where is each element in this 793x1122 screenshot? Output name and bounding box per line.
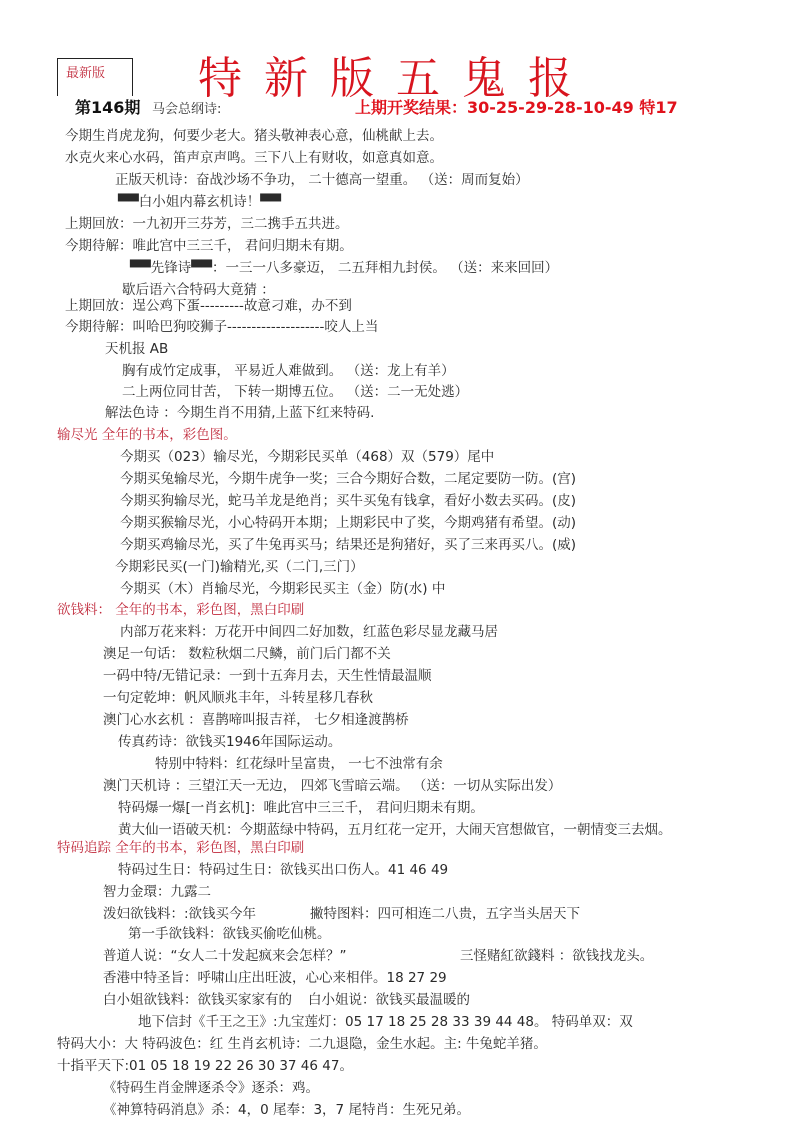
text-line: 今期彩民买(一门)输精光,买（二门,三门） — [115, 555, 364, 575]
text-line: 今期买兔输尽光，今期牛虎争一奖；三合今期好合数，二尾定要防一防。(宫) — [120, 467, 576, 487]
text-line: 胸有成竹定成事， 平易近人难做到。 （送：龙上有羊） — [122, 359, 455, 379]
text-line: 输尽光 全年的书本，彩色图。 — [57, 423, 237, 443]
text-line: 《特码生肖金牌逐杀令》逐杀：鸡。 — [103, 1076, 319, 1096]
text-line: 上期回放：逞公鸡下蛋---------故意刁难，办不到 — [65, 294, 352, 314]
text-line: 水克火来心水码，笛声京声鸣。三下八上有财收，如意真如意。 — [65, 146, 443, 166]
horse-poem-label: 马会总纲诗: — [152, 98, 221, 117]
text-line: 香港中特圣旨：呼啸山庄出旺波，心心来相伴。18 27 29 — [103, 966, 447, 986]
text-line: 澳足一句话： 数粒秋烟二尺鳞，前门后门都不关 — [103, 642, 391, 662]
text-line: 今期生肖虎龙狗，何要少老大。猪头敬神表心意，仙桃献上去。 — [65, 124, 443, 144]
text-line: 今期买鸡输尽光，买了牛兔再买马；结果还是狗猪好，买了三来再买八。(威) — [120, 533, 576, 553]
text-line: 黄大仙一语破天机：今期蓝绿中特码，五月红花一定开，大闹天宫想做官，一朝情变三去烟… — [118, 818, 672, 838]
text-line: 十指平天下:01 05 18 19 22 26 30 37 46 47。 — [57, 1054, 353, 1074]
text-line: 智力金環：九露二 — [103, 880, 211, 900]
text-line: 特码大小：大 特码波色：红 生肖玄机诗：二九退隐，金生水起。主: 牛兔蛇羊猪。 — [57, 1032, 547, 1052]
text-line: 白小姐欲钱料：欲钱买家家有的 — [103, 988, 292, 1008]
text-line: 泼妇欲钱料：:欲钱买今年 — [103, 902, 256, 922]
text-line: 正版天机诗：奋战沙场不争功， 二十德高一望重。 （送：周而复始） — [115, 168, 529, 188]
text-line: 今期买猴输尽光，小心特码开本期；上期彩民中了奖，今期鸡猪有希望。(动) — [120, 511, 576, 531]
text-line: 澳门心水玄机 ：喜鹊啼叫报吉祥， 七夕相逢渡鹊桥 — [103, 708, 409, 728]
text-line: 今期买狗输尽光，蛇马羊龙是绝肖；买牛买兔有钱拿，看好小数去买码。(皮) — [120, 489, 576, 509]
last-draw-result: 上期开奖结果：30-25-29-28-10-49 特17 — [355, 95, 678, 118]
text-line: ▀▀白小姐内幕玄机诗！▀▀ — [118, 190, 281, 210]
text-line: 第一手欲钱料：欲钱买偷吃仙桃。 — [128, 922, 331, 942]
text-line: 特码过生日：特码过生日：欲钱买出口伤人。41 46 49 — [118, 858, 448, 878]
text-line: ▀▀先锋诗▀▀：一三一八多豪迈， 二五拜相九封侯。 （送：来来回回） — [130, 256, 558, 276]
text-line: 普道人说：“女人二十发起疯来会怎样？” — [103, 944, 347, 964]
text-line: 今期待解：叫哈巴狗咬狮子--------------------咬人上当 — [65, 315, 378, 335]
text-line: 特别中特料：红花绿叶呈富贵， 一七不浊常有余 — [155, 752, 443, 772]
text-line: 特码追踪 全年的书本，彩色图，黑白印刷 — [57, 836, 304, 856]
text-line: 天机报 AB — [105, 337, 168, 357]
text-line: 一码中特/无错记录：一到十五奔月去，天生性情最温顺 — [103, 664, 432, 684]
text-line: 澳门天机诗 ：三望江天一无边， 四郊飞雪暗云端。 （送：一切从实际出发） — [103, 774, 561, 794]
text-line: 今期待解：唯此宫中三三千， 君问归期未有期。 — [65, 234, 353, 254]
text-line: 解法色诗 ：今期生肖不用猜,上蓝下红来特码. — [105, 401, 374, 421]
text-line: 上期回放：一九初开三芬芳，三二携手五共进。 — [65, 212, 349, 232]
text-line: 欲钱料： 全年的书本，彩色图，黑白印刷 — [57, 598, 304, 618]
text-line: 三怪赌紅欲錢料 ：欲钱找龙头。 — [460, 944, 653, 964]
edition-badge: 最新版 — [57, 58, 133, 96]
text-line: 传真药诗：欲钱买1946年国际运动。 — [118, 730, 341, 750]
text-line: 《神算特码消息》杀：4，0 尾奉：3，7 尾特肖：生死兄弟。 — [103, 1098, 470, 1118]
text-line: 地下信封《千王之王》:九宝莲灯：05 17 18 25 28 33 39 44 … — [138, 1010, 633, 1030]
text-line: 特码爆一爆[一肖玄机]：唯此宫中三三千， 君问归期未有期。 — [118, 796, 484, 816]
text-line: 今期买（023）输尽光，今期彩民买单（468）双（579）尾中 — [120, 445, 494, 465]
text-line: 内部万花来料：万花开中间四二好加数，红蓝色彩尽显龙藏马居 — [120, 620, 498, 640]
issue-number: 第146期 — [75, 95, 140, 118]
text-line: 白小姐说：欲钱买最温暖的 — [308, 988, 470, 1008]
text-line: 二上两位同甘苦， 下转一期博五位。 （送：二一无处逃） — [122, 380, 468, 400]
text-line: 今期买（木）肖输尽光，今期彩民买主（金）防(水) 中 — [120, 577, 445, 597]
text-line: 撇特图料：四可相连二八贵，五字当头居天下 — [310, 902, 580, 922]
text-line: 一句定乾坤：帆风顺兆丰年，斗转星移几春秋 — [103, 686, 373, 706]
